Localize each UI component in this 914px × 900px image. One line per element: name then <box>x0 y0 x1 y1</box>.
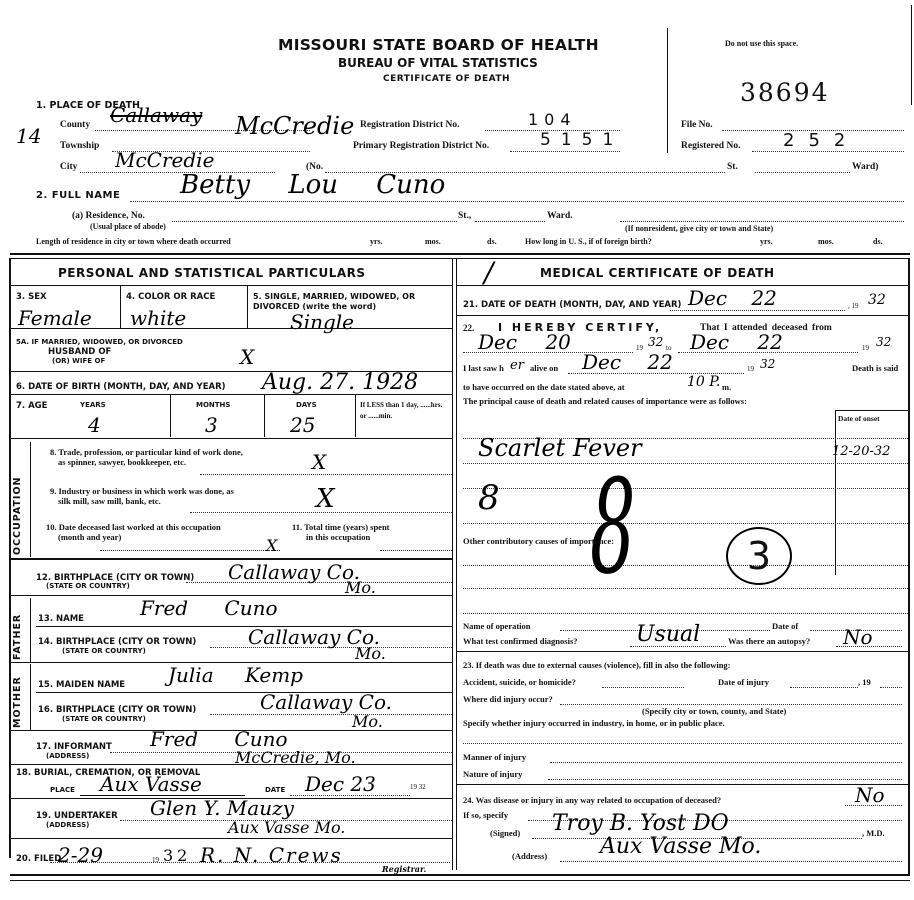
injury-date-line <box>790 687 858 688</box>
mother-birthplace-state: Mo. <box>352 712 383 731</box>
dob-label: 6. DATE OF BIRTH (MONTH, DAY, AND YEAR) <box>16 382 226 392</box>
st-label: St. <box>727 162 738 172</box>
onset-divider <box>835 410 836 575</box>
township-value: McCredie <box>235 112 354 140</box>
cause-line-7 <box>463 613 908 614</box>
ward-label: Ward) <box>852 162 878 172</box>
industry-value: X <box>316 484 335 514</box>
attended-to-year: 32 <box>876 335 891 349</box>
occurred-time: 10 P. <box>687 374 720 390</box>
primary-registration-line <box>510 151 620 152</box>
months-label: MONTHS <box>196 401 230 409</box>
undertaker-label: 19. UNDERTAKER <box>36 811 118 821</box>
registered-no-value: 252 <box>783 130 859 151</box>
residence-ds: ds. <box>487 237 497 246</box>
occurred-label: to have occurred on the date stated abov… <box>463 382 625 392</box>
date-of-death-label: 21. DATE OF DEATH (MONTH, DAY, AND YEAR) <box>463 300 681 310</box>
filed-line <box>50 862 450 863</box>
signed-value: Troy B. Yost DO <box>552 811 729 836</box>
margin-note: 14 <box>16 124 41 148</box>
attended-to: Dec 22 <box>690 330 783 354</box>
age-div-3 <box>355 395 356 437</box>
injury-place-line <box>463 743 902 744</box>
row-rule-11 <box>10 838 452 839</box>
full-name-label: 2. FULL NAME <box>36 190 120 201</box>
test-label: What test confirmed diagnosis? <box>463 636 578 646</box>
last-saw-pronoun: er <box>510 358 524 373</box>
industry-label: 9. Industry or business in which work wa… <box>48 486 243 506</box>
undertaker-address: Aux Vasse Mo. <box>228 818 345 837</box>
township-label: Township <box>60 141 99 151</box>
marital-value: Single <box>290 310 354 334</box>
contributory-label: Other contributory causes of importance: <box>463 536 614 546</box>
injury-where-sub: (Specify city or town, county, and State… <box>642 706 786 716</box>
spouse-value: X <box>240 345 254 369</box>
certificate-title: CERTIFICATE OF DEATH <box>383 74 510 84</box>
section-rule-top <box>10 253 910 255</box>
cause-line-5 <box>463 565 908 566</box>
residence-ward-line <box>475 221 545 222</box>
undertaker-sub: (ADDRESS) <box>46 821 89 829</box>
sex-label: 3. SEX <box>16 292 47 302</box>
last-saw-label: I last saw h <box>463 363 504 373</box>
date-of-death-year-prefix: , 19 <box>848 302 859 310</box>
md-label: , M.D. <box>862 828 885 838</box>
row-rule-4 <box>10 438 452 439</box>
trade-line <box>200 474 452 475</box>
accident-label: Accident, suicide, or homicide? <box>463 677 576 687</box>
father-side-divider <box>30 598 31 662</box>
onset-value: 12-20-32 <box>832 444 890 459</box>
race-label: 4. COLOR OR RACE <box>126 292 215 302</box>
occurred-m: m. <box>722 382 731 392</box>
residence-yrs: yrs. <box>370 237 383 246</box>
manner-line <box>550 762 902 763</box>
circled-number-text: 3 <box>747 534 771 578</box>
center-divider-2 <box>456 258 457 870</box>
ward-line <box>755 172 850 173</box>
cause-line-6 <box>463 588 908 589</box>
certify-num: 22. <box>463 323 474 333</box>
race-value: white <box>130 306 186 330</box>
years-value: 4 <box>88 413 101 437</box>
medical-section-title: MEDICAL CERTIFICATE OF DEATH <box>540 266 775 280</box>
last-saw-value: Dec 22 <box>582 350 673 374</box>
full-name-line <box>130 201 904 202</box>
burial-place-label: PLACE <box>50 786 75 794</box>
file-no-label: File No. <box>681 120 713 130</box>
father-side-label: FATHER <box>12 600 23 660</box>
spouse-label-1: 5A. IF MARRIED, WIDOWED, OR DIVORCED <box>16 338 183 346</box>
mother-side-divider <box>30 664 31 730</box>
burial-date-label: DATE <box>265 786 285 794</box>
months-value: 3 <box>205 413 218 437</box>
death-said-label: Death is said <box>852 363 898 373</box>
accident-line <box>602 687 684 688</box>
operation-label: Name of operation <box>463 621 531 631</box>
last-saw-year: 32 <box>760 357 775 371</box>
county-label: County <box>60 120 90 130</box>
father-birthplace-sub: (STATE OR COUNTRY) <box>62 647 146 655</box>
race-marital-divider <box>247 286 248 328</box>
personal-title-rule <box>10 285 452 286</box>
right-edge-mark <box>911 5 912 105</box>
total-time-line <box>380 550 452 551</box>
injury-place-label: Specify whether injury occurred in indus… <box>463 718 725 728</box>
age-div-1 <box>170 395 171 437</box>
row-rule-9 <box>10 764 452 765</box>
foreign-yrs: yrs. <box>760 237 773 246</box>
operation-date-label: Date of <box>772 621 798 631</box>
medical-rule-2 <box>457 651 908 652</box>
if-so-label: If so, specify <box>463 810 508 820</box>
form-title: MISSOURI STATE BOARD OF HEALTH <box>278 36 599 54</box>
cause-mark-large: 8 <box>590 462 635 592</box>
burial-place-value: Aux Vasse <box>100 772 202 796</box>
foreign-mos: mos. <box>818 237 834 246</box>
injury-date-label: Date of injury <box>718 677 769 687</box>
date-of-death-value: Dec 22 <box>688 286 777 310</box>
foreign-ds: ds. <box>873 237 883 246</box>
father-name-value: Fred Cuno <box>140 596 278 620</box>
less-than-label: If LESS than 1 day, ......hrs. or ......… <box>360 400 448 422</box>
city-value: McCredie <box>115 148 214 172</box>
medical-rule-1 <box>457 315 908 316</box>
address-value: Aux Vasse Mo. <box>600 834 761 859</box>
spouse-label-2: HUSBAND OF <box>48 347 111 357</box>
alive-on-label: alive on <box>530 363 558 373</box>
principal-cause-label: The principal cause of death and related… <box>463 396 747 406</box>
nonresident-note: (If nonresident, give city or town and S… <box>625 224 773 233</box>
signed-label: (Signed) <box>490 828 520 838</box>
cause-line-3 <box>463 488 908 489</box>
nonresident-line <box>620 221 904 222</box>
personal-section-title: PERSONAL AND STATISTICAL PARTICULARS <box>58 266 366 280</box>
father-name-underline <box>36 626 452 627</box>
foreign-label: How long in U. S., if of foreign birth? <box>525 237 652 246</box>
injury-where-line <box>560 704 902 705</box>
residence-label: (a) Residence, No. <box>72 211 145 221</box>
total-time-label: 11. Total time (years) spent in this occ… <box>284 522 394 542</box>
mother-birthplace-value: Callaway Co. <box>260 690 392 714</box>
burial-date-value: Dec 23 <box>305 772 376 796</box>
residence-line <box>172 221 457 222</box>
last-worked-value: X <box>266 536 277 555</box>
residence-sub: (Usual place of abode) <box>90 222 166 231</box>
right-border <box>908 258 910 874</box>
medical-rule-3 <box>457 784 908 785</box>
row-rule-3 <box>10 394 452 395</box>
attended-from-year: 32 <box>648 335 663 349</box>
birthplace-value: Callaway Co. <box>228 560 360 584</box>
trade-value: X <box>312 450 326 474</box>
mother-name-value: Julia Kemp <box>168 663 303 687</box>
registrar-value: R. N. Crews <box>200 843 343 867</box>
full-name-value: Betty Lou Cuno <box>180 170 445 200</box>
attended-from: Dec 20 <box>478 330 571 354</box>
registered-no-label: Registered No. <box>681 141 740 151</box>
father-birthplace-state: Mo. <box>355 644 386 663</box>
row-rule-1 <box>10 328 452 329</box>
trade-label: 8. Trade, profession, or particular kind… <box>48 447 243 467</box>
undertaker-value: Glen Y. Mauzy <box>150 796 294 820</box>
spouse-label-3: (OR) WIFE OF <box>52 357 105 365</box>
father-birthplace-label: 14. BIRTHPLACE (CITY OR TOWN) <box>38 637 196 647</box>
last-worked-label: 10. Date deceased last worked at this oc… <box>40 522 235 542</box>
date-onset-label: Date of onset <box>838 414 908 423</box>
nature-line <box>548 779 902 780</box>
residence-mos: mos. <box>425 237 441 246</box>
length-residence-label: Length of residence in city or town wher… <box>36 237 231 246</box>
injury-where-label: Where did injury occur? <box>463 694 553 704</box>
filed-value: 2-29 <box>58 843 103 867</box>
registration-district-value: 104 <box>528 110 577 129</box>
do-not-use-note: Do not use this space. <box>725 39 798 48</box>
address-line <box>560 861 902 862</box>
sex-value: Female <box>18 306 92 330</box>
occupation-related-value: No <box>855 783 885 807</box>
registration-district-label: Registration District No. <box>360 120 459 130</box>
residence-st-label: St., <box>458 211 471 221</box>
bottom-rule-2 <box>10 880 910 881</box>
father-name-label: 13. NAME <box>38 614 84 624</box>
cause-mark-small: 8 <box>478 478 500 518</box>
primary-registration-value: 5151 <box>540 130 623 150</box>
informant-label: 17. INFORMANT <box>36 742 112 752</box>
injury-year-line <box>880 687 902 688</box>
cause-line-4 <box>463 523 908 524</box>
county-value: Callaway <box>110 103 202 127</box>
mother-name-label: 15. MAIDEN NAME <box>38 680 125 690</box>
manner-label: Manner of injury <box>463 752 526 762</box>
autopsy-label: Was there an autopsy? <box>728 636 810 646</box>
injury-year: , 19 <box>858 677 871 687</box>
occupation-related-label: 24. Was disease or injury in any way rel… <box>463 795 721 805</box>
last-saw-year-prefix: 19 <box>747 365 754 373</box>
dob-value: Aug. 27. 1928 <box>262 370 418 395</box>
test-value: Usual <box>636 622 700 647</box>
date-of-death-year: 32 <box>868 292 886 308</box>
nature-label: Nature of injury <box>463 769 522 779</box>
years-label: YEARS <box>80 401 106 409</box>
date-of-death-line <box>670 310 845 311</box>
residence-ward-label: Ward. <box>547 211 573 221</box>
external-label: 23. If death was due to external causes … <box>463 660 731 670</box>
registered-no-line <box>752 151 904 152</box>
city-label: City <box>60 162 77 172</box>
registrar-label: Registrar. <box>382 864 426 874</box>
age-label: 7. AGE <box>16 401 47 411</box>
mother-side-label: MOTHER <box>12 666 23 728</box>
birthplace-sub: (STATE OR COUNTRY) <box>46 582 130 590</box>
circled-number: 3 <box>726 527 792 585</box>
onset-top-rule <box>835 410 908 411</box>
bottom-rule <box>10 874 910 876</box>
stamp-number: 38694 <box>740 78 830 107</box>
days-label: DAYS <box>296 401 317 409</box>
medical-title-rule <box>457 285 908 286</box>
section-rule-top-2 <box>10 258 910 259</box>
days-value: 25 <box>290 413 315 437</box>
burial-year: 19 32 <box>410 783 426 791</box>
primary-registration-label: Primary Registration District No. <box>353 141 489 151</box>
bureau-title: BUREAU OF VITAL STATISTICS <box>338 56 538 70</box>
last-worked-line <box>100 550 280 551</box>
mother-birthplace-label: 16. BIRTHPLACE (CITY OR TOWN) <box>38 705 196 715</box>
address-label: (Address) <box>512 851 547 861</box>
autopsy-value: No <box>843 625 873 649</box>
cause-line-2 <box>463 463 908 464</box>
header-divider <box>667 28 668 153</box>
sex-race-divider <box>120 286 121 328</box>
occupation-side-label: OCCUPATION <box>12 455 23 555</box>
attended-to-year-prefix: 19 <box>862 344 869 352</box>
marital-label: 5. SINGLE, MARRIED, WIDOWED, OR DIVORCED… <box>253 292 438 312</box>
mother-birthplace-sub: (STATE OR COUNTRY) <box>62 715 146 723</box>
mother-birthplace-line <box>210 714 452 715</box>
occupation-side-divider <box>30 442 31 557</box>
informant-sub: (ADDRESS) <box>46 752 89 760</box>
age-div-2 <box>264 395 265 437</box>
center-divider-1 <box>452 258 453 870</box>
